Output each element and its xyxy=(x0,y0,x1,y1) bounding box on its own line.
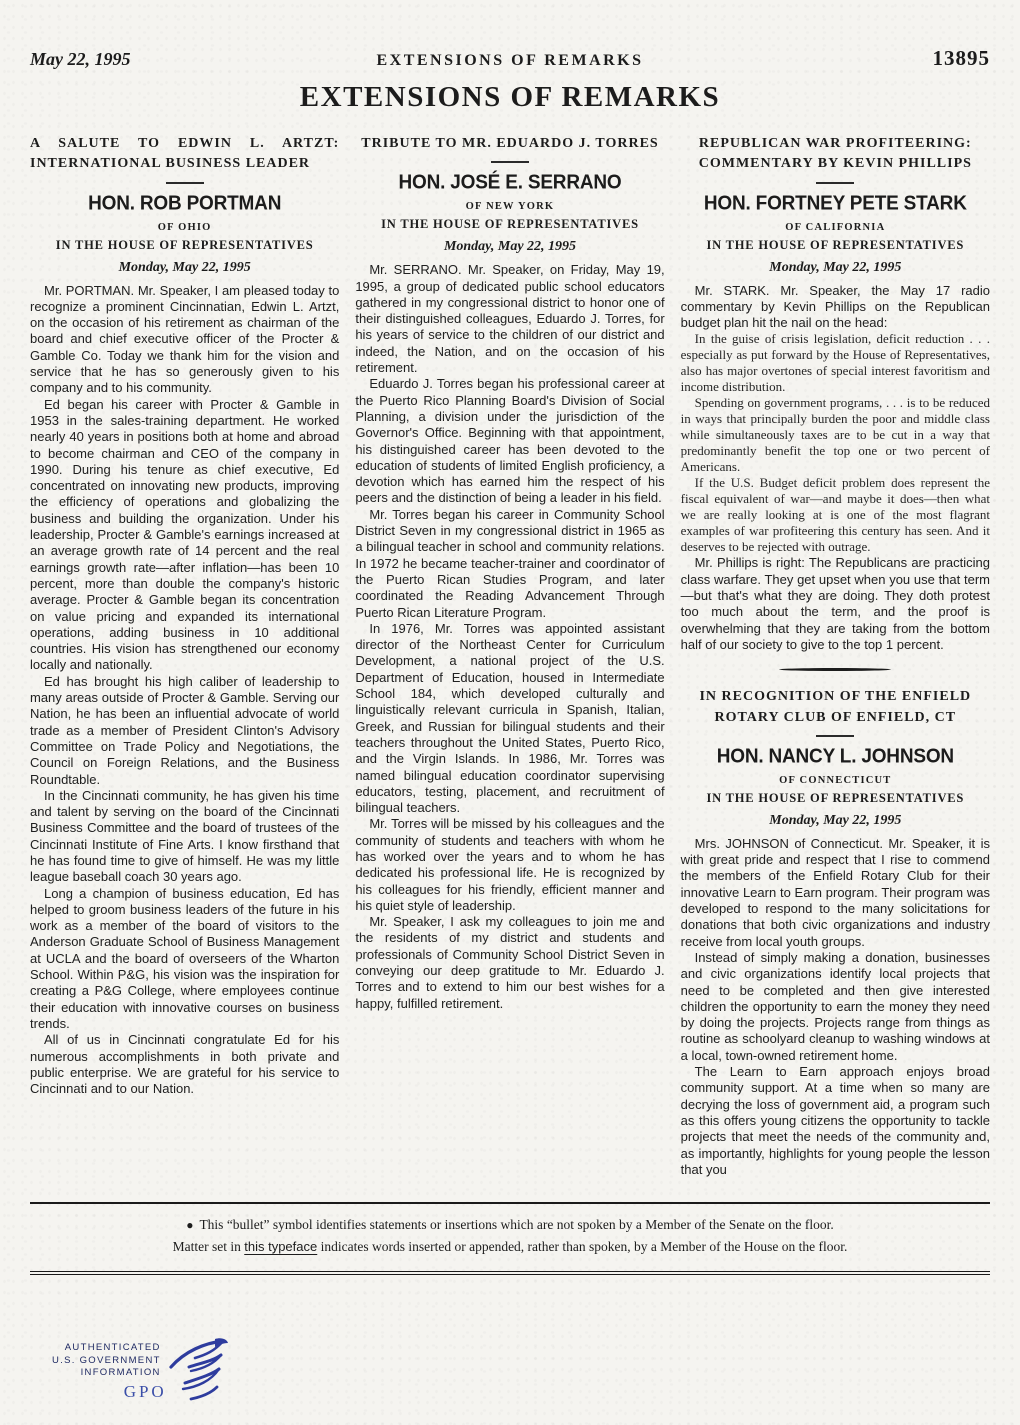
article-title: REPUBLICAN WAR PROFITEERING: COMMENTARY … xyxy=(681,134,990,175)
session-date: Monday, May 22, 1995 xyxy=(681,260,990,276)
typeface-note-prefix: Matter set in xyxy=(173,1239,245,1254)
speaker-state: OF OHIO xyxy=(30,222,339,233)
speaker-name: HON. ROB PORTMAN xyxy=(30,192,339,216)
chamber-line: IN THE HOUSE OF REPRESENTATIVES xyxy=(355,217,664,232)
speaker-state: OF NEW YORK xyxy=(355,201,664,212)
speaker-state: OF CALIFORNIA xyxy=(681,222,990,233)
typeface-sample: this typeface xyxy=(244,1239,317,1254)
speaker-name: HON. NANCY L. JOHNSON xyxy=(681,745,990,769)
session-date: Monday, May 22, 1995 xyxy=(355,239,664,255)
paragraph: Mr. Torres will be missed by his colleag… xyxy=(355,816,664,914)
column-3: REPUBLICAN WAR PROFITEERING: COMMENTARY … xyxy=(681,134,990,1186)
paragraph: Eduardo J. Torres began his professional… xyxy=(355,376,664,506)
title-divider xyxy=(491,161,529,163)
paragraph: All of us in Cincinnati congratulate Ed … xyxy=(30,1032,339,1097)
title-divider xyxy=(166,182,204,184)
speaker-name: HON. JOSÉ E. SERRANO xyxy=(355,171,664,195)
bullet-icon: ● xyxy=(186,1218,193,1232)
article-salute-artzt: A SALUTE TO EDWIN L. ARTZT: INTERNATIONA… xyxy=(30,134,339,1097)
paragraph: Mr. Speaker, I ask my colleagues to join… xyxy=(355,914,664,1012)
paragraph: Mrs. JOHNSON of Connecticut. Mr. Speaker… xyxy=(681,836,990,950)
speaker-state: OF CONNECTICUT xyxy=(681,775,990,786)
gpo-government-line: U.S. GOVERNMENT xyxy=(52,1355,161,1368)
footnote-band: ●This “bullet” symbol identifies stateme… xyxy=(30,1202,990,1275)
title-divider xyxy=(816,182,854,184)
session-date: Monday, May 22, 1995 xyxy=(681,813,990,829)
article-war-profiteering: REPUBLICAN WAR PROFITEERING: COMMENTARY … xyxy=(681,134,990,653)
paragraph: In the Cincinnati community, he has give… xyxy=(30,788,339,886)
paragraph: Mr. SERRANO. Mr. Speaker, on Friday, May… xyxy=(355,262,664,376)
paragraph: Mr. STARK. Mr. Speaker, the May 17 radio… xyxy=(681,283,990,332)
column-layout: A SALUTE TO EDWIN L. ARTZT: INTERNATIONA… xyxy=(30,134,990,1186)
article-tribute-torres: TRIBUTE TO MR. EDUARDO J. TORRES HON. JO… xyxy=(355,134,664,1012)
paragraph: Ed began his career with Procter & Gambl… xyxy=(30,397,339,674)
chamber-line: IN THE HOUSE OF REPRESENTATIVES xyxy=(30,238,339,253)
gpo-eagle-icon xyxy=(165,1337,229,1407)
paragraph: In 1976, Mr. Torres was appointed assist… xyxy=(355,621,664,817)
speaker-name: HON. FORTNEY PETE STARK xyxy=(681,192,990,216)
paragraph: Ed has brought his high caliber of leade… xyxy=(30,674,339,788)
paragraph: Mr. Torres began his career in Community… xyxy=(355,507,664,621)
gpo-authentication-seal: AUTHENTICATED U.S. GOVERNMENT INFORMATIO… xyxy=(52,1337,229,1407)
column-1: A SALUTE TO EDWIN L. ARTZT: INTERNATIONA… xyxy=(30,134,339,1186)
page-title: EXTENSIONS OF REMARKS xyxy=(30,81,990,114)
typeface-note-suffix: indicates words inserted or appended, ra… xyxy=(317,1239,847,1254)
quoted-paragraph: In the guise of crisis legislation, defi… xyxy=(681,331,990,395)
bullet-note-text: This “bullet” symbol identifies statemen… xyxy=(199,1217,833,1232)
gpo-acronym: GPO xyxy=(52,1382,167,1402)
paragraph: Mr. Phillips is right: The Republicans a… xyxy=(681,555,990,653)
article-title: A SALUTE TO EDWIN L. ARTZT: INTERNATIONA… xyxy=(30,134,339,175)
paragraph: Mr. PORTMAN. Mr. Speaker, I am pleased t… xyxy=(30,283,339,397)
chamber-line: IN THE HOUSE OF REPRESENTATIVES xyxy=(681,238,990,253)
article-divider xyxy=(779,668,891,671)
title-divider xyxy=(816,735,854,737)
article-title: IN RECOGNITION OF THE ENFIELD ROTARY CLU… xyxy=(681,687,990,728)
gpo-authenticated-line: AUTHENTICATED xyxy=(52,1342,161,1355)
congressional-record-page: May 22, 1995 EXTENSIONS OF REMARKS 13895… xyxy=(0,0,1020,1425)
chamber-line: IN THE HOUSE OF REPRESENTATIVES xyxy=(681,791,990,806)
session-date: Monday, May 22, 1995 xyxy=(30,260,339,276)
article-title: TRIBUTE TO MR. EDUARDO J. TORRES xyxy=(355,134,664,154)
typeface-note: Matter set in this typeface indicates wo… xyxy=(30,1236,990,1258)
running-head-date: May 22, 1995 xyxy=(30,49,312,70)
quoted-paragraph: If the U.S. Budget deficit problem does … xyxy=(681,475,990,555)
paragraph: The Learn to Earn approach enjoys broad … xyxy=(681,1064,990,1178)
article-enfield-rotary: IN RECOGNITION OF THE ENFIELD ROTARY CLU… xyxy=(681,687,990,1178)
page-number: 13895 xyxy=(708,46,990,71)
column-2: TRIBUTE TO MR. EDUARDO J. TORRES HON. JO… xyxy=(355,134,664,1186)
gpo-information-line: INFORMATION xyxy=(52,1367,161,1380)
bullet-note: ●This “bullet” symbol identifies stateme… xyxy=(30,1214,990,1236)
running-head: May 22, 1995 EXTENSIONS OF REMARKS 13895 xyxy=(30,46,990,71)
paragraph: Long a champion of business education, E… xyxy=(30,886,339,1033)
paragraph: Instead of simply making a donation, bus… xyxy=(681,950,990,1064)
running-head-title: EXTENSIONS OF REMARKS xyxy=(312,52,707,70)
quoted-paragraph: Spending on government programs, . . . i… xyxy=(681,395,990,475)
gpo-seal-text: AUTHENTICATED U.S. GOVERNMENT INFORMATIO… xyxy=(52,1342,161,1402)
